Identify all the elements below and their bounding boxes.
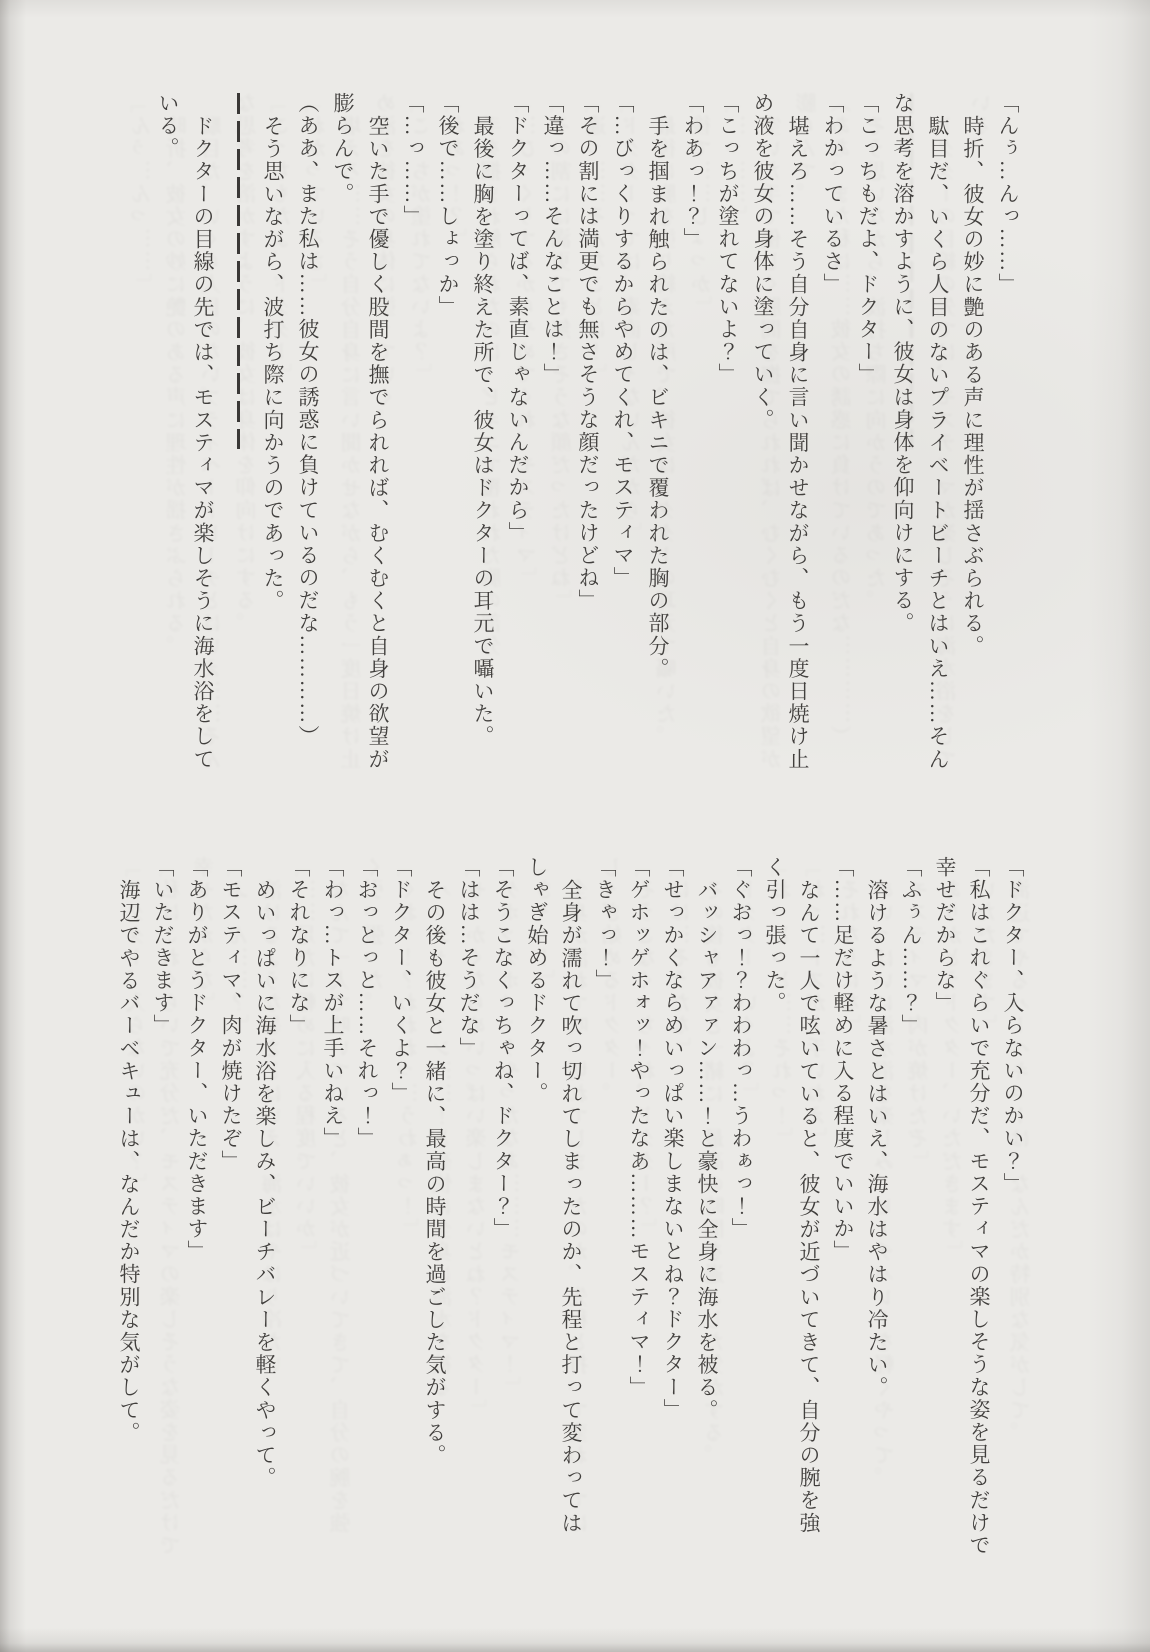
dialogue-line: 「…っ……」 [395,92,430,794]
narration-line: バッシャアァァン……！と豪快に全身に海水を被る。 [690,856,724,1582]
dialogue-line: 「んぅ…んっ……」 [990,92,1025,794]
story-text-block-top: 「んぅ…んっ……」時折、彼女の妙に艶のある声に理性が揺さぶられる。駄目だ、いくら… [150,92,1025,794]
narration-line: しゃぎ始めるドクター。 [520,856,554,1582]
narration-line: 堪えろ……そう自分自身に言い聞かせながら、もう一度日焼け止 [780,92,815,794]
dialogue-line: 「後で……しょっか」 [430,92,465,794]
narration-line: 手を掴まれ触られたのは、ビキニで覆われた胸の部分。 [640,92,675,794]
dialogue-line: 「せっかくならめいっぱい楽しまないとね？ドクター」 [656,856,690,1582]
dialogue-line: 「違っ……そんなことは！」 [535,92,570,794]
narration-line: く引っ張った。 [758,856,792,1582]
dialogue-line: 「その割には満更でも無さそうな顔だったけどね」 [570,92,605,794]
dashed-line [237,93,240,449]
dialogue-line: 「……足だけ軽めに入る程度でいいか」 [826,856,860,1582]
dialogue-line: 「私はこれぐらいで充分だ、モスティマの楽しそうな姿を見るだけで [962,856,996,1582]
narration-line: 全身が濡れて吹っ切れてしまったのか、先程と打って変わっては [554,856,588,1582]
monologue-line: （ああ、また私は……彼女の誘惑に負けているのだな…………） [290,92,325,794]
narration-line: いる。 [150,92,185,794]
scene-separator-dashed-rule [220,92,255,794]
dialogue-line: 「ドクター、入らないのかい？」 [996,856,1030,1582]
dialogue-line: 「こっちもだよ、ドクター」 [850,92,885,794]
dialogue-line: 「こっちが塗れてないよ？」 [710,92,745,794]
dialogue-line: 「…びっくりするからやめてくれ、モスティマ」 [605,92,640,794]
dialogue-line: 「ドクターってば、素直じゃないんだから」 [500,92,535,794]
dialogue-line: 「きゃっ！」 [588,856,622,1582]
narration-line: 空いた手で優しく股間を撫でられれば、むくむくと自身の欲望が [360,92,395,794]
dialogue-line: 「ふぅん……？」 [894,856,928,1582]
narration-line: 溶けるような暑さとはいえ、海水はやはり冷たい。 [860,856,894,1582]
dialogue-line: 「いただきます」 [146,856,180,1582]
dialogue-line: 「ドクター、いくよ？」 [384,856,418,1582]
dialogue-line: 「ありがとうドクター、いただきます」 [180,856,214,1582]
dialogue-line: 「わあっ！？」 [675,92,710,794]
dialogue-line: 「それなりにな」 [282,856,316,1582]
narration-line: そう思いながら、波打ち際に向かうのであった。 [255,92,290,794]
narration-line: ドクターの目線の先では、モスティマが楽しそうに海水浴をして [185,92,220,794]
dialogue-line: 「はは…そうだな」 [452,856,486,1582]
dialogue-line: 「そうこなくっちゃね、ドクター？」 [486,856,520,1582]
narration-line: その後も彼女と一緒に、最高の時間を過ごした気がする。 [418,856,452,1582]
dialogue-line: 「ぐおっ！？わわわっ…うわぁっ！」 [724,856,758,1582]
dialogue-line: 「モスティマ、肉が焼けたぞ」 [214,856,248,1582]
narration-line: なんて一人で呟いていると、彼女が近づいてきて、自分の腕を強 [792,856,826,1582]
narration-line: 駄目だ、いくら人目のないプライベートビーチとはいえ……そん [920,92,955,794]
narration-line: め液を彼女の身体に塗っていく。 [745,92,780,794]
narration-line: 時折、彼女の妙に艶のある声に理性が揺さぶられる。 [955,92,990,794]
dialogue-line: 「おっとっと……それっ！」 [350,856,384,1582]
narration-line: 膨らんで。 [325,92,360,794]
narration-line: な思考を溶かすように、彼女は身体を仰向けにする。 [885,92,920,794]
dialogue-line: 「わかっているさ」 [815,92,850,794]
dialogue-line: 「わっ…トスが上手いねえ」 [316,856,350,1582]
scanned-novel-page: 「んぅ…んっ……」時折、彼女の妙に艶のある声に理性が揺さぶられる。駄目だ、いくら… [0,0,1150,1652]
story-text-block-bottom: 「ドクター、入らないのかい？」「私はこれぐらいで充分だ、モスティマの楽しそうな姿… [112,856,1030,1582]
narration-line: 最後に胸を塗り終えた所で、彼女はドクターの耳元で囁いた。 [465,92,500,794]
narration-line: 海辺でやるバーベキューは、なんだか特別な気がして。 [112,856,146,1582]
dialogue-line: 幸せだからな」 [928,856,962,1582]
narration-line: めいっぱいに海水浴を楽しみ、ビーチバレーを軽くやって。 [248,856,282,1582]
dialogue-line: 「ゲホッゲホォッ！やったなあ………モスティマ！」 [622,856,656,1582]
